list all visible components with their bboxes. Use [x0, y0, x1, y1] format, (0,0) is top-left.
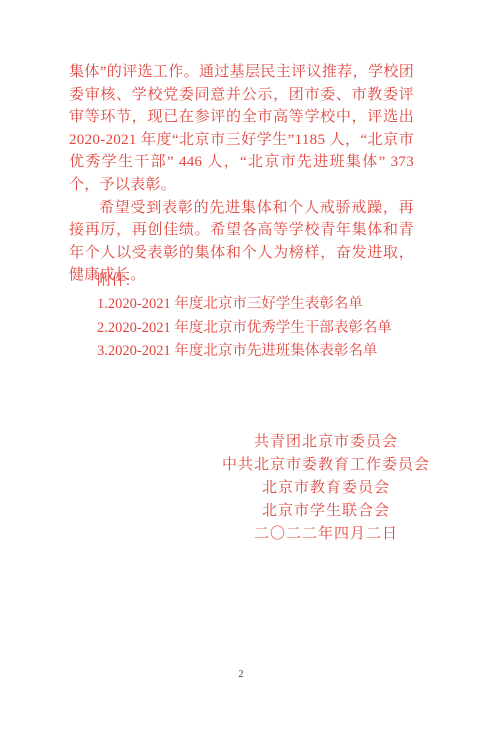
signature-org-1: 共青团北京市委员会	[222, 431, 430, 454]
signature-block: 共青团北京市委员会 中共北京市委教育工作委员会 北京市教育委员会 北京市学生联合…	[222, 431, 430, 546]
signature-org-2: 中共北京市委教育工作委员会	[222, 454, 430, 477]
attachments-label: 附件:	[97, 270, 392, 293]
document-page: 集体”的评选工作。通过基层民主评议推荐，学校团委审核、学校党委同意并公示，团市委…	[0, 0, 482, 730]
signature-org-3: 北京市教育委员会	[222, 477, 430, 500]
attachments-block: 附件: 1.2020-2021 年度北京市三好学生表彰名单 2.2020-202…	[97, 270, 392, 363]
body-text-block: 集体”的评选工作。通过基层民主评议推荐，学校团委审核、学校党委同意并公示，团市委…	[69, 61, 414, 287]
page-number: 2	[0, 669, 482, 680]
attachment-item-3: 3.2020-2021 年度北京市先进班集体表彰名单	[97, 340, 392, 363]
attachment-item-2: 2.2020-2021 年度北京市优秀学生干部表彰名单	[97, 317, 392, 340]
attachment-item-1: 1.2020-2021 年度北京市三好学生表彰名单	[97, 293, 392, 316]
signature-org-4: 北京市学生联合会	[222, 500, 430, 523]
signature-date: 二〇二二年四月二日	[222, 523, 430, 546]
body-paragraph-1: 集体”的评选工作。通过基层民主评议推荐，学校团委审核、学校党委同意并公示，团市委…	[69, 61, 414, 197]
